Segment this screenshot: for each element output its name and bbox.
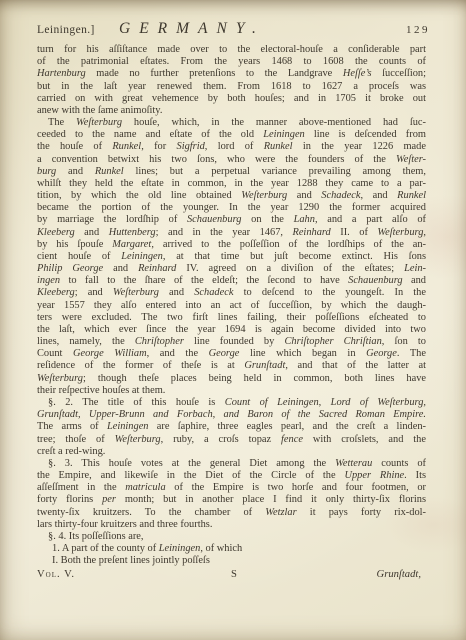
page-number: 129 <box>406 24 430 36</box>
text-line: whilſt they held the eſtate in common, i… <box>37 178 426 190</box>
text-line: Grunſtadt, Upper-Brunn and Forbach, and … <box>37 409 426 421</box>
paragraph: §. 4. Its poſſeſſions are,1. A part of t… <box>37 531 426 568</box>
text-line: of the patrimonial eſtates. From the yea… <box>37 56 426 68</box>
text-line: §. 4. Its poſſeſſions are, <box>37 531 426 543</box>
text-line: the houſe of Runkel, for Sigfrid, lord o… <box>37 141 426 153</box>
text-line: anew with the ſame animoſity. <box>37 105 426 117</box>
text-line: tition, by which the old line obtained W… <box>37 190 426 202</box>
text-line: I. Both the preſent lines jointly poſſeſ… <box>37 555 426 567</box>
text-line: Kleeberg; and Weſterburg and Schadeck to… <box>37 287 426 299</box>
paragraph: The Weſterburg houſe, which, in the mann… <box>37 117 426 397</box>
text-line: §. 2. The title of this houſe is Count o… <box>37 397 426 409</box>
text-line: tree; thoſe of Weſterburg, ruby, a croſs… <box>37 434 426 446</box>
text-line: carried on with great vehemence by both … <box>37 93 426 105</box>
text-line: Count George William, and the George lin… <box>37 348 426 360</box>
text-line: reſidence of the former of theſe is at G… <box>37 360 426 372</box>
text-line: turn for his aſſiſtance made over to the… <box>37 44 426 56</box>
paragraph: §. 2. The title of this houſe is Count o… <box>37 397 426 458</box>
text-line: lars thirty-four kruitzers and three fou… <box>37 519 426 531</box>
text-line: 1. A part of the county of Leiningen, of… <box>37 543 426 555</box>
text-line: by his ſpouſe Margaret, arrived to the p… <box>37 239 426 251</box>
page-body: turn for his aſſiſtance made over to the… <box>37 44 426 567</box>
text-line: by marriage the lordſhip of Schauenburg … <box>37 214 426 226</box>
text-line: Philip George and Reinhard IV. agreed on… <box>37 263 426 275</box>
signature-mark: S <box>231 569 237 580</box>
text-line: ceeded to the name and eſtate of the old… <box>37 129 426 141</box>
text-line: became the portion of the younger. In th… <box>37 202 426 214</box>
text-line: the Empire, and likewiſe in the Diet of … <box>37 470 426 482</box>
text-line: cient houſe of Leiningen, at that time b… <box>37 251 426 263</box>
text-line: aſſeſſment in the matricula of the Empir… <box>37 482 426 494</box>
running-header-left: Leiningen.] <box>37 24 95 36</box>
running-header-title: GERMANY. <box>119 20 265 38</box>
text-line: §. 3. This houſe votes at the general Di… <box>37 458 426 470</box>
text-line: The arms of Leiningen are ſaphire, three… <box>37 421 426 433</box>
book-page: Leiningen.] GERMANY. 129 turn for his aſ… <box>0 0 466 640</box>
catchword: Grunſtadt, <box>377 569 421 580</box>
text-line: Weſterburg; though theſe places being he… <box>37 373 426 385</box>
text-line: forty florins per month; but in another … <box>37 494 426 506</box>
page-header: Leiningen.] GERMANY. 129 <box>37 20 430 42</box>
text-line: burg and Runkel lines; but a perpetual v… <box>37 166 426 178</box>
paragraph: §. 3. This houſe votes at the general Di… <box>37 458 426 531</box>
text-line: lines, namely, the Chriſtopher line foun… <box>37 336 426 348</box>
text-line: twenty-ſix kruitzers. To the chamber of … <box>37 507 426 519</box>
text-line: their reſpective houſes at them. <box>37 385 426 397</box>
text-line: Kleeberg and Huttenberg; and in the year… <box>37 227 426 239</box>
volume-label: Vol. V. <box>37 569 75 580</box>
paragraph: turn for his aſſiſtance made over to the… <box>37 44 426 117</box>
text-line: the laſt, which ever ſince the year 1694… <box>37 324 426 336</box>
text-line: The Weſterburg houſe, which, in the mann… <box>37 117 426 129</box>
text-line: but in the laſt year renewed them. From … <box>37 81 426 93</box>
page-footer: Vol. V. S Grunſtadt, <box>37 569 430 583</box>
text-line: creſt a red-wing. <box>37 446 426 458</box>
text-line: Hartenburg made no further pretenſions t… <box>37 68 426 80</box>
text-line: year 1557 they alſo entered into an act … <box>37 300 426 312</box>
text-line: a convention betwixt his two ſons, who w… <box>37 154 426 166</box>
text-line: ingen to fall to the ſhare of the eldeſt… <box>37 275 426 287</box>
text-line: ters were excluded. The two firſt lines … <box>37 312 426 324</box>
